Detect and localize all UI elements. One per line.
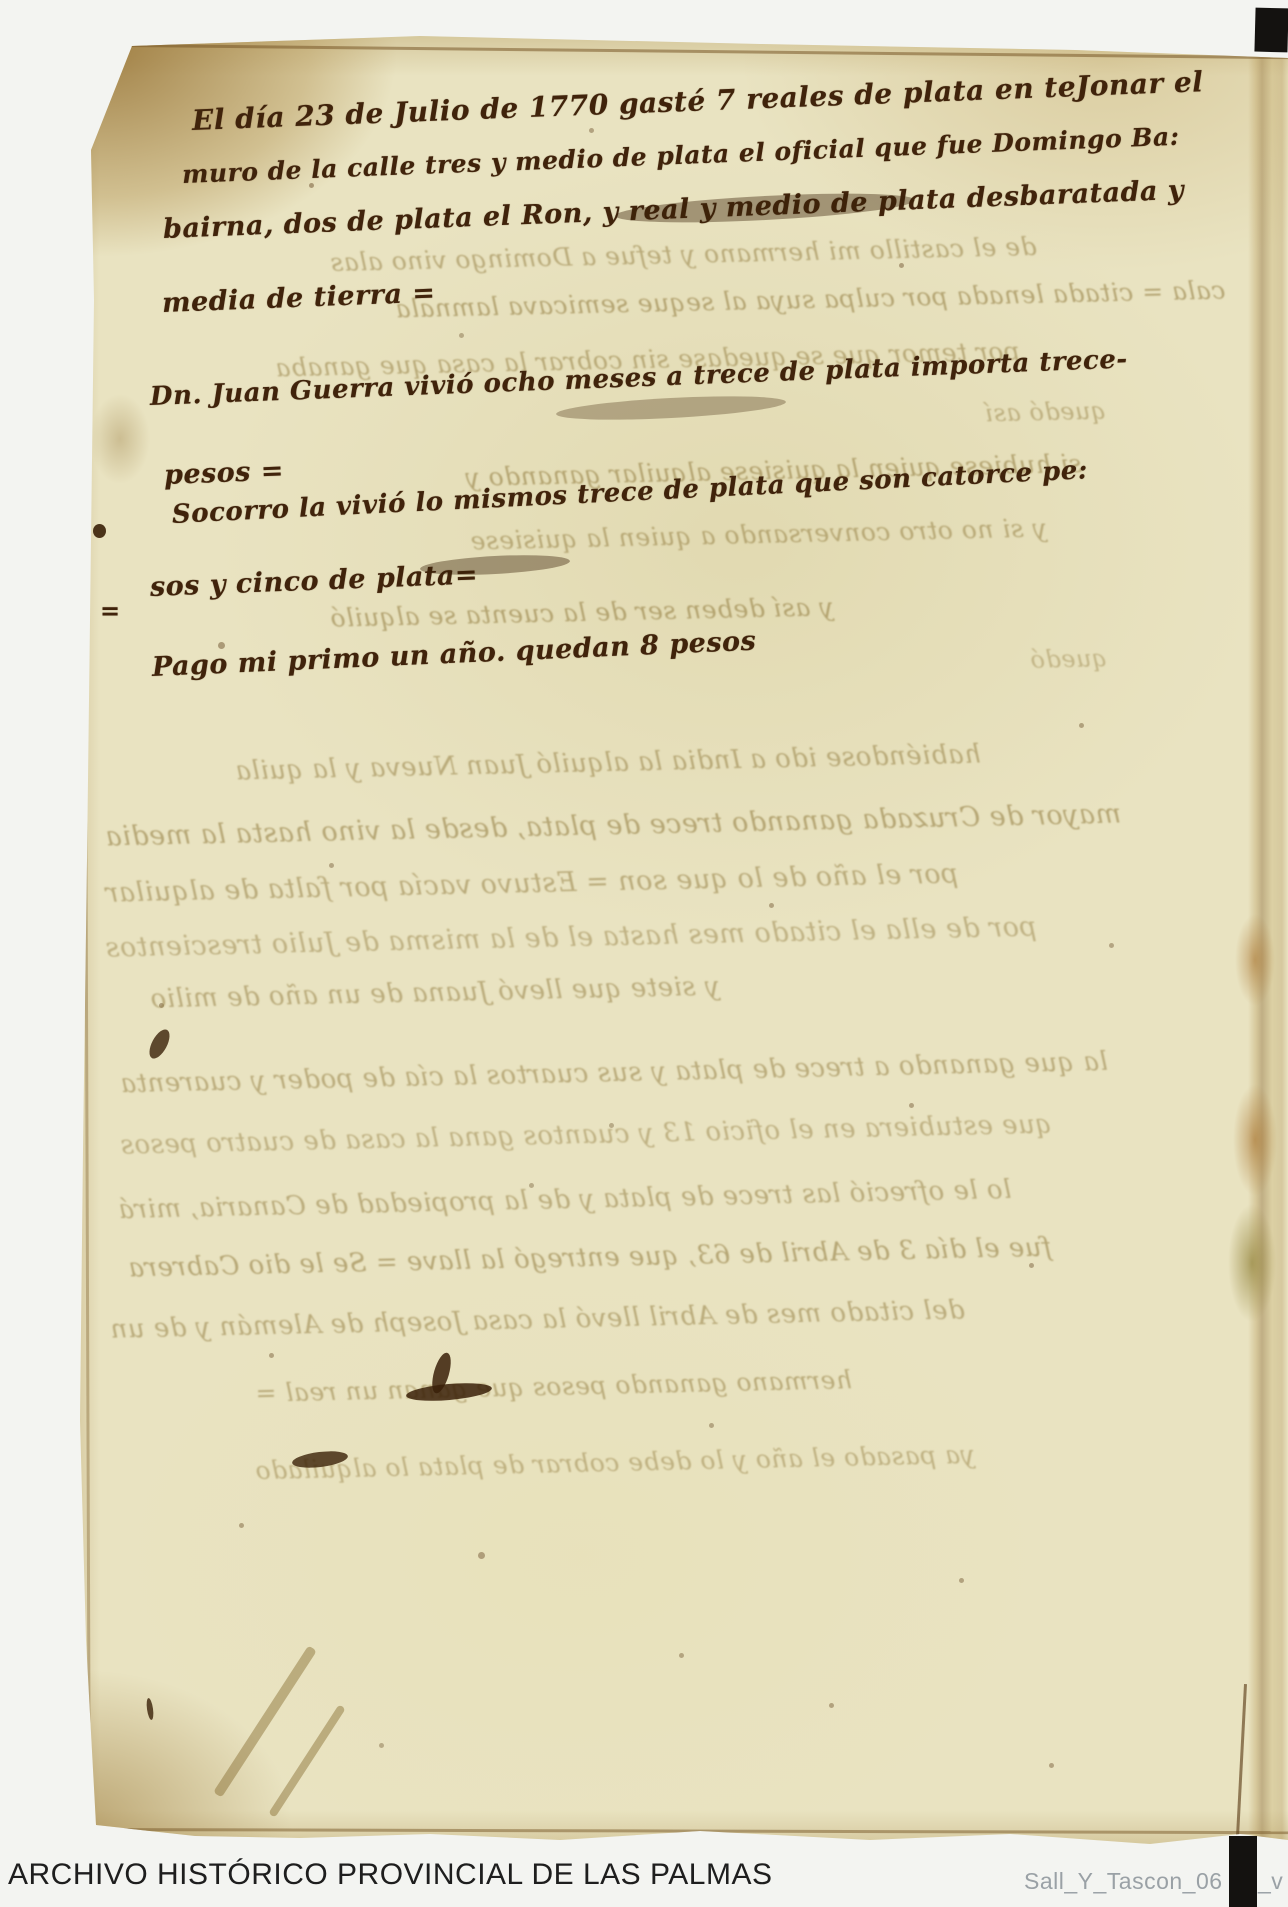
manuscript-page (70, 34, 1288, 1846)
archive-institution-label: ARCHIVO HISTÓRICO PROVINCIAL DE LAS PALM… (8, 1858, 773, 1892)
left-margin-stain (90, 394, 150, 484)
reference-code-suffix: _v (1258, 1868, 1283, 1895)
crease-crack (1236, 1684, 1247, 1839)
paper-left-edge (82, 146, 91, 1831)
paper-top-edge (130, 44, 1288, 59)
binding-strip-bottom (1229, 1836, 1257, 1907)
binding-mark-top (1254, 8, 1288, 53)
crease-stain (1228, 1204, 1276, 1322)
paper-bottom-edge (96, 1828, 1288, 1834)
corner-streak (268, 1704, 346, 1817)
paper-specks (70, 34, 73, 37)
scanned-archive-page: { "archive_footer": { "institution": "AR… (0, 0, 1288, 1907)
reference-code-prefix: Sall_Y_Tascon_06 (1024, 1868, 1223, 1895)
crease-stain (1235, 914, 1275, 1006)
crease-stain (1233, 1084, 1277, 1196)
